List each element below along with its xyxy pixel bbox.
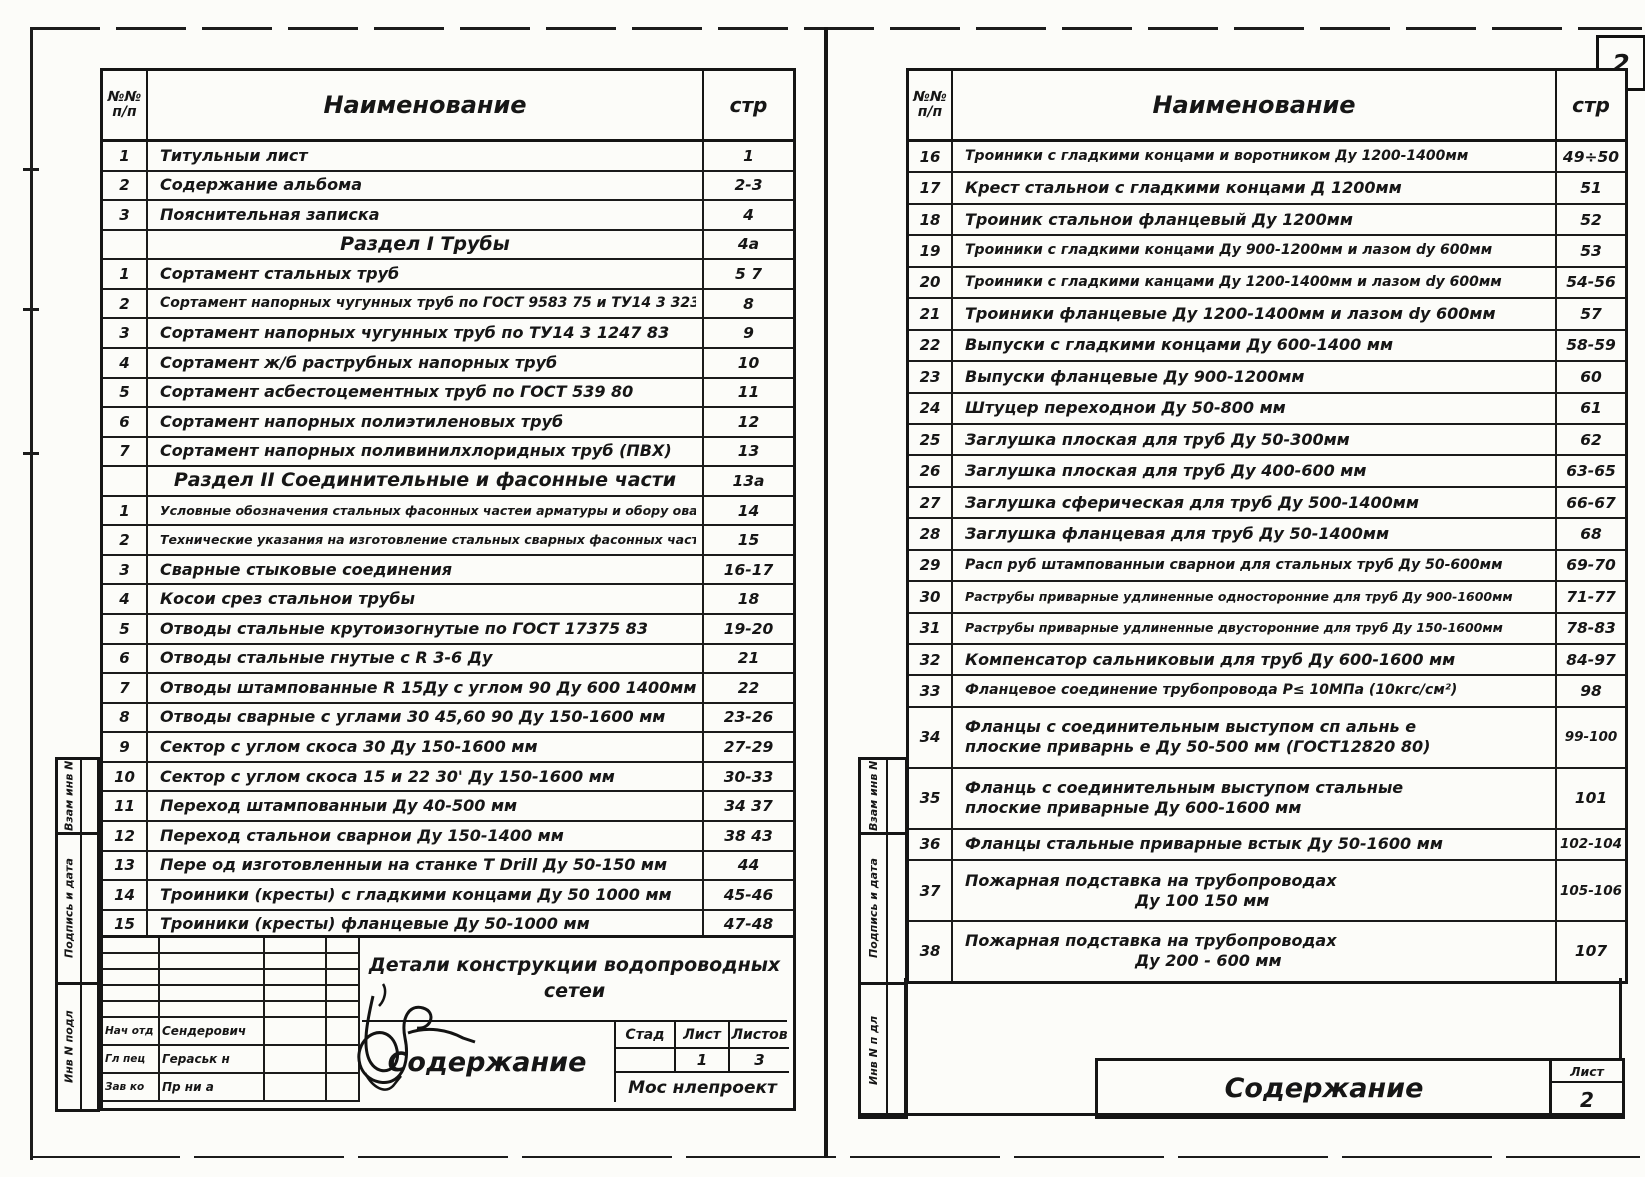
left-toc-table: №№ п/п Наименование стр 1Титульныи лист1… [100, 68, 796, 941]
stage-sheet-block: Стад Лист Листов 1 3 Мос нлепроект [614, 1022, 789, 1102]
row-number: 14 [103, 881, 148, 909]
row-name: Сектор с углом скоса 30 Ду 150-1600 мм [148, 733, 702, 761]
row-page: 14 [702, 497, 793, 525]
row-number: 9 [103, 733, 148, 761]
grid-cell [103, 954, 160, 970]
table-row: 7Сортамент напорных поливинилхлоридных т… [103, 438, 793, 468]
row-number: 11 [103, 792, 148, 820]
row-page: 8 [702, 290, 793, 318]
stamp-label: Инв N п дл [861, 985, 886, 1116]
row-page: 98 [1555, 676, 1625, 705]
row-name: Косои срез стальнои трубы [148, 585, 702, 613]
row-name-line1: Фланць с соединительным выступом стальны… [965, 778, 1549, 798]
scanned-toc-document: 2 Взам инв N Подпись и дата Инв N подл №… [0, 0, 1645, 1177]
table-row: 34Фланцы с соединительным выступом сп ал… [909, 708, 1625, 769]
row-number: 29 [909, 551, 953, 580]
header-name-col: Наименование [953, 71, 1555, 139]
grid-cell [265, 938, 327, 954]
row-name-line1: Отводы стальные крутоизогнутые по ГОСТ 1… [160, 619, 696, 639]
signer-role: Нач отд [103, 1018, 160, 1046]
row-name-line1: Раздел I Трубы [340, 233, 510, 257]
row-name: Заглушка фланцевая для труб Ду 50-1400мм [953, 519, 1555, 548]
row-name: Троиники фланцевые Ду 1200-1400мм и лазо… [953, 299, 1555, 328]
stamp-label: Взам инв N [861, 760, 886, 832]
row-name: Сортамент стальных труб [148, 260, 702, 288]
row-name-line1: Фланцевое соединение трубопровода Р≤ 10М… [965, 682, 1549, 700]
header-page-col: стр [1555, 71, 1625, 139]
table-row: 18Троиник стальнои фланцевый Ду 1200мм52 [909, 205, 1625, 236]
row-page: 10 [702, 349, 793, 377]
row-number: 31 [909, 614, 953, 643]
row-page: 27-29 [702, 733, 793, 761]
row-page: 9 [702, 319, 793, 347]
row-number: 2 [103, 290, 148, 318]
row-number: 33 [909, 676, 953, 705]
table-row: 4Сортамент ж/б раструбных напорных труб1… [103, 349, 793, 379]
right-table-header: №№ п/п Наименование стр [909, 71, 1625, 142]
row-name: Отводы штампованные R 15Ду с углом 90 Ду… [148, 674, 702, 702]
row-name: Расп руб штампованныи сварнои для стальн… [953, 551, 1555, 580]
row-number: 13 [103, 852, 148, 880]
table-row: 17Крест стальнои с гладкими концами Д 12… [909, 173, 1625, 204]
row-number: 7 [103, 674, 148, 702]
section-row: Раздел II Соединительные и фасонные част… [103, 467, 793, 497]
row-page: 45-46 [702, 881, 793, 909]
row-page: 51 [1555, 173, 1625, 202]
row-name: Пояснительная записка [148, 201, 702, 229]
stamp-label: Взам инв N [58, 760, 80, 832]
row-name: Заглушка плоская для труб Ду 50-300мм [953, 425, 1555, 454]
row-page: 61 [1555, 394, 1625, 423]
row-name-line1: Технические указания на изготовление ста… [160, 532, 696, 548]
row-number: 17 [909, 173, 953, 202]
stamp-vzam-inv-left: Взам инв N [55, 757, 100, 835]
row-number: 2 [103, 526, 148, 554]
left-table-header: №№ п/п Наименование стр [103, 71, 793, 142]
row-page: 13 [702, 438, 793, 466]
row-name: Раструбы приварные удлиненные односторон… [953, 582, 1555, 611]
margin-tick [23, 168, 39, 171]
row-name: Сортамент напорных полиэтиленовых труб [148, 408, 702, 436]
row-name-line1: Условные обозначения стальных фасонных ч… [160, 503, 696, 519]
row-name: Троиники с гладкими канцами Ду 1200-1400… [953, 268, 1555, 297]
row-name: Заглушка сферическая для труб Ду 500-140… [953, 488, 1555, 517]
sheets-value: 3 [730, 1049, 789, 1071]
row-name-line1: Пояснительная записка [160, 205, 696, 225]
row-name: Технические указания на изготовление ста… [148, 526, 702, 554]
header-num-col: №№ п/п [103, 71, 148, 139]
row-name: Троиники (кресты) с гладкими концами Ду … [148, 881, 702, 909]
row-number: 37 [909, 861, 953, 920]
sheets-label: Листов [730, 1022, 789, 1047]
row-name: Пожарная подставка на трубопроводахДу 20… [953, 922, 1555, 981]
right-sheet-bottom-line [858, 1113, 1622, 1116]
table-row: 27Заглушка сферическая для труб Ду 500-1… [909, 488, 1625, 519]
row-number: 27 [909, 488, 953, 517]
row-number: 4 [103, 585, 148, 613]
table-row: 10Сектор с углом скоса 15 и 22 30' Ду 15… [103, 763, 793, 793]
row-name-line1: Троиники (кресты) с гладкими концами Ду … [160, 885, 696, 905]
row-name: Заглушка плоская для труб Ду 400-600 мм [953, 456, 1555, 485]
right-toc-table: №№ п/п Наименование стр 16Троиники с гла… [906, 68, 1628, 984]
row-name-line1: Раструбы приварные удлиненные двусторонн… [965, 620, 1549, 636]
frame-line [904, 978, 907, 1115]
row-name-line1: Переход стальнои сварнои Ду 150-1400 мм [160, 826, 696, 846]
row-name-line1: Отводы сварные с углами 30 45,60 90 Ду 1… [160, 707, 696, 727]
row-page: 71-77 [1555, 582, 1625, 611]
row-name: Сортамент напорных чугунных труб по ГОСТ… [148, 290, 702, 318]
table-row: 23Выпуски фланцевые Ду 900-1200мм60 [909, 362, 1625, 393]
table-row: 26Заглушка плоская для труб Ду 400-600 м… [909, 456, 1625, 487]
signer-role: Гл пец [103, 1046, 160, 1074]
signer-name: Сендерович [160, 1018, 265, 1046]
stamp-inv-podl-left: Инв N подл [55, 982, 100, 1112]
row-number: 7 [103, 438, 148, 466]
table-row: 22Выпуски с гладкими концами Ду 600-1400… [909, 331, 1625, 362]
row-name: Компенсатор сальниковыи для труб Ду 600-… [953, 645, 1555, 674]
table-row: 8Отводы сварные с углами 30 45,60 90 Ду … [103, 704, 793, 734]
table-row: 35Фланць с соединительным выступом сталь… [909, 769, 1625, 830]
grid-cell [103, 1002, 160, 1018]
table-row: 38Пожарная подставка на трубопроводахДу … [909, 922, 1625, 981]
row-page: 34 37 [702, 792, 793, 820]
row-page: 23-26 [702, 704, 793, 732]
row-page: 12 [702, 408, 793, 436]
table-row: 6Сортамент напорных полиэтиленовых труб1… [103, 408, 793, 438]
album-title-line2: сетеи [544, 979, 605, 1005]
header-num-col: №№ п/п [909, 71, 953, 139]
row-name: Фланцевое соединение трубопровода Р≤ 10М… [953, 676, 1555, 705]
sheet-label: Лист [676, 1022, 730, 1047]
table-row: 20Троиники с гладкими канцами Ду 1200-14… [909, 268, 1625, 299]
row-name-line1: Пожарная подставка на трубопроводах [965, 871, 1549, 891]
table-row: 3Сварные стыковые соединения16-17 [103, 556, 793, 586]
grid-cell [160, 938, 265, 954]
table-row: 4Косои срез стальнои трубы18 [103, 585, 793, 615]
row-name-line2: Ду 200 - 600 мм [965, 951, 1549, 971]
sheet-number-box: Лист 2 [1549, 1058, 1625, 1119]
sheet-top-edge [30, 27, 1642, 30]
row-page: 1 [702, 142, 793, 170]
row-number: 3 [103, 556, 148, 584]
stage-values-row: 1 3 [616, 1049, 789, 1073]
row-page: 58-59 [1555, 331, 1625, 360]
row-name: Титульныи лист [148, 142, 702, 170]
row-number: 4 [103, 349, 148, 377]
row-page: 18 [702, 585, 793, 613]
row-name: Пере од изготовленныи на станке Т Drill … [148, 852, 702, 880]
row-page: 66-67 [1555, 488, 1625, 517]
stage-value [616, 1049, 676, 1071]
table-row: 16Троиники с гладкими концами и воротник… [909, 142, 1625, 173]
row-name-line1: Косои срез стальнои трубы [160, 589, 696, 609]
row-name-line1: Заглушка фланцевая для труб Ду 50-1400мм [965, 524, 1549, 544]
row-name: Переход штампованныи Ду 40-500 мм [148, 792, 702, 820]
row-page: 2-3 [702, 172, 793, 200]
row-page: 62 [1555, 425, 1625, 454]
signer-role: Зав ко [103, 1074, 160, 1102]
grid-cell [160, 986, 265, 1002]
grid-cell [103, 938, 160, 954]
row-name-line1: Троиники (кресты) фланцевые Ду 50-1000 м… [160, 914, 696, 934]
row-name: Выпуски фланцевые Ду 900-1200мм [953, 362, 1555, 391]
row-page: 38 43 [702, 822, 793, 850]
table-row: 11Переход штампованныи Ду 40-500 мм34 37 [103, 792, 793, 822]
row-name: Раздел I Трубы [148, 231, 702, 259]
stamp-vzam-inv-right: Взам инв N [858, 757, 908, 835]
row-name: Отводы сварные с углами 30 45,60 90 Ду 1… [148, 704, 702, 732]
row-number: 1 [103, 142, 148, 170]
grid-cell [160, 954, 265, 970]
row-number: 21 [909, 299, 953, 328]
row-page: 21 [702, 645, 793, 673]
row-number: 26 [909, 456, 953, 485]
left-table-body: 1Титульныи лист12Содержание альбома2-33П… [103, 142, 793, 938]
sheet-number-label: Лист [1552, 1061, 1622, 1083]
row-page: 84-97 [1555, 645, 1625, 674]
row-page: 63-65 [1555, 456, 1625, 485]
row-number: 6 [103, 645, 148, 673]
left-title-block: Нач отдСендеровичГл пецГераськ нЗав коПр… [100, 935, 796, 1111]
stamp-label: Подпись и дата [861, 835, 886, 982]
row-name: Сортамент асбестоцементных труб по ГОСТ … [148, 379, 702, 407]
grid-cell [327, 938, 360, 954]
row-name-line1: Сортамент напорных полиэтиленовых труб [160, 412, 696, 432]
row-page: 44 [702, 852, 793, 880]
row-number: 35 [909, 769, 953, 828]
grid-cell [160, 1002, 265, 1018]
table-row: 2Содержание альбома2-3 [103, 172, 793, 202]
sheet-value: 1 [676, 1049, 730, 1071]
table-row: 29Расп руб штампованныи сварнои для стал… [909, 551, 1625, 582]
table-row: 5Сортамент асбестоцементных труб по ГОСТ… [103, 379, 793, 409]
album-title-line1: Детали конструкции водопроводных [369, 953, 780, 979]
row-page: 78-83 [1555, 614, 1625, 643]
row-page: 11 [702, 379, 793, 407]
row-number: 3 [103, 201, 148, 229]
table-row: 13Пере од изготовленныи на станке Т Dril… [103, 852, 793, 882]
row-number: 3 [103, 319, 148, 347]
table-row: 24Штуцер переходнои Ду 50-800 мм61 [909, 394, 1625, 425]
row-name: Крест стальнои с гладкими концами Д 1200… [953, 173, 1555, 202]
row-name-line1: Сектор с углом скоса 30 Ду 150-1600 мм [160, 737, 696, 757]
section-row: Раздел I Трубы4а [103, 231, 793, 261]
right-table-body: 16Троиники с гладкими концами и воротник… [909, 142, 1625, 981]
row-name-line1: Сортамент асбестоцементных труб по ГОСТ … [160, 382, 696, 402]
row-number: 8 [103, 704, 148, 732]
row-name-line1: Раструбы приварные удлиненные односторон… [965, 589, 1549, 605]
row-number: 18 [909, 205, 953, 234]
row-number: 1 [103, 260, 148, 288]
margin-tick [23, 308, 39, 311]
row-number: 2 [103, 172, 148, 200]
row-number: 34 [909, 708, 953, 767]
table-row: 32Компенсатор сальниковыи для труб Ду 60… [909, 645, 1625, 676]
row-name: Отводы стальные крутоизогнутые по ГОСТ 1… [148, 615, 702, 643]
row-number: 12 [103, 822, 148, 850]
stage-header-row: Стад Лист Листов [616, 1022, 789, 1049]
signer-name: Пр ни а [160, 1074, 265, 1102]
row-name-line1: Штуцер переходнои Ду 50-800 мм [965, 398, 1549, 418]
table-row: 12Переход стальнои сварнои Ду 150-1400 м… [103, 822, 793, 852]
row-name: Сварные стыковые соединения [148, 556, 702, 584]
row-name-line1: Сортамент стальных труб [160, 264, 696, 284]
row-name-line1: Компенсатор сальниковыи для труб Ду 600-… [965, 650, 1549, 670]
row-page: 49÷50 [1555, 142, 1625, 171]
row-page: 4 [702, 201, 793, 229]
row-name: Раструбы приварные удлиненные двусторонн… [953, 614, 1555, 643]
row-page: 69-70 [1555, 551, 1625, 580]
row-name: Троиник стальнои фланцевый Ду 1200мм [953, 205, 1555, 234]
row-name-line1: Сортамент напорных чугунных труб по ТУ14… [160, 323, 696, 343]
row-name-line1: Заглушка плоская для труб Ду 50-300мм [965, 430, 1549, 450]
row-number: 30 [909, 582, 953, 611]
row-name: Троиники с гладкими концами и воротником… [953, 142, 1555, 171]
row-page: 60 [1555, 362, 1625, 391]
margin-tick [23, 452, 39, 455]
row-name-line1: Выпуски с гладкими концами Ду 600-1400 м… [965, 335, 1549, 355]
row-number: 36 [909, 830, 953, 859]
row-name-line1: Сортамент ж/б раструбных напорных труб [160, 353, 696, 373]
row-page: 22 [702, 674, 793, 702]
row-page: 101 [1555, 769, 1625, 828]
row-name-line1: Пере од изготовленныи на станке Т Drill … [160, 855, 696, 875]
table-row: 1Титульныи лист1 [103, 142, 793, 172]
row-page: 16-17 [702, 556, 793, 584]
row-name: Сектор с углом скоса 15 и 22 30' Ду 150-… [148, 763, 702, 791]
row-name-line1: Троиники с гладкими концами Ду 900-1200м… [965, 242, 1549, 260]
row-name-line1: Отводы стальные гнутые с R 3-6 Ду [160, 648, 696, 668]
stamp-podpis-left: Подпись и дата [55, 832, 100, 985]
table-row: 6Отводы стальные гнутые с R 3-6 Ду21 [103, 645, 793, 675]
table-row: 3Пояснительная записка4 [103, 201, 793, 231]
signer-name: Гераськ н [160, 1046, 265, 1074]
row-name-line1: Фланцы с соединительным выступом сп альн… [965, 717, 1549, 737]
header-num-line1: №№ [108, 90, 142, 105]
row-name-line1: Титульныи лист [160, 146, 696, 166]
table-row: 36Фланцы стальные приварные встык Ду 50-… [909, 830, 1625, 861]
row-page: 57 [1555, 299, 1625, 328]
row-name: Содержание альбома [148, 172, 702, 200]
row-page: 107 [1555, 922, 1625, 981]
row-page: 5 7 [702, 260, 793, 288]
row-name: Раздел II Соединительные и фасонные част… [148, 467, 702, 495]
row-number: 20 [909, 268, 953, 297]
grid-cell [327, 954, 360, 970]
row-number [103, 231, 148, 259]
row-number [103, 467, 148, 495]
signature-scribble [313, 978, 503, 1100]
row-name: Фланцы с соединительным выступом сп альн… [953, 708, 1555, 767]
table-row: 25Заглушка плоская для труб Ду 50-300мм6… [909, 425, 1625, 456]
header-name-col: Наименование [148, 71, 702, 139]
stamp-divider [886, 835, 888, 982]
table-row: 2Сортамент напорных чугунных труб по ГОС… [103, 290, 793, 320]
row-name-line1: Сортамент напорных поливинилхлоридных тр… [160, 441, 696, 461]
row-name: Сортамент напорных чугунных труб по ТУ14… [148, 319, 702, 347]
row-name-line1: Расп руб штампованныи сварнои для стальн… [965, 557, 1549, 575]
header-num-line2: п/п [112, 105, 136, 120]
organization-name: Мос нлепроект [616, 1073, 789, 1102]
stamp-label: Подпись и дата [58, 835, 80, 982]
row-name: Штуцер переходнои Ду 50-800 мм [953, 394, 1555, 423]
stage-label: Стад [616, 1022, 676, 1047]
row-name-line1: Троиники с гладкими канцами Ду 1200-1400… [965, 274, 1549, 292]
sheet-bottom-edge [30, 1156, 1640, 1158]
row-name-line1: Сортамент напорных чугунных труб по ГОСТ… [160, 295, 696, 313]
row-page: 13а [702, 467, 793, 495]
row-number: 22 [909, 331, 953, 360]
row-number: 28 [909, 519, 953, 548]
row-name: Условные обозначения стальных фасонных ч… [148, 497, 702, 525]
doc-title-right: Содержание [1095, 1058, 1553, 1119]
row-number: 16 [909, 142, 953, 171]
row-page: 19-20 [702, 615, 793, 643]
row-number: 1 [103, 497, 148, 525]
sheet-number-value: 2 [1552, 1083, 1622, 1116]
stamp-divider [80, 985, 82, 1109]
stamp-inv-podl-right: Инв N п дл [858, 982, 908, 1119]
table-row: 31Раструбы приварные удлиненные двусторо… [909, 614, 1625, 645]
row-name-line2: Ду 100 150 мм [965, 891, 1549, 911]
row-name-line1: Содержание альбома [160, 175, 696, 195]
row-name: Троиники с гладкими концами Ду 900-1200м… [953, 236, 1555, 265]
grid-cell [103, 970, 160, 986]
stamp-label: Инв N подл [58, 985, 80, 1109]
row-number: 5 [103, 615, 148, 643]
row-number: 10 [103, 763, 148, 791]
table-row: 33Фланцевое соединение трубопровода Р≤ 1… [909, 676, 1625, 707]
row-page: 54-56 [1555, 268, 1625, 297]
table-row: 3Сортамент напорных чугунных труб по ТУ1… [103, 319, 793, 349]
row-name: Переход стальнои сварнои Ду 150-1400 мм [148, 822, 702, 850]
row-name: Сортамент напорных поливинилхлоридных тр… [148, 438, 702, 466]
row-name: Фланць с соединительным выступом стальны… [953, 769, 1555, 828]
table-row: 9Сектор с углом скоса 30 Ду 150-1600 мм2… [103, 733, 793, 763]
header-num-line2: п/п [918, 105, 942, 120]
row-name-line2: плоские приварнь е Ду 50-500 мм (ГОСТ128… [965, 737, 1549, 757]
row-number: 19 [909, 236, 953, 265]
stamp-podpis-right: Подпись и дата [858, 832, 908, 985]
row-name-line1: Фланцы стальные приварные встык Ду 50-16… [965, 834, 1549, 854]
table-row: 30Раструбы приварные удлиненные одностор… [909, 582, 1625, 613]
row-name-line1: Отводы штампованные R 15Ду с углом 90 Ду… [160, 678, 696, 698]
row-page: 102-104 [1555, 830, 1625, 859]
row-page: 30-33 [702, 763, 793, 791]
table-row: 5Отводы стальные крутоизогнутые по ГОСТ … [103, 615, 793, 645]
row-name-line1: Троиники фланцевые Ду 1200-1400мм и лазо… [965, 304, 1549, 324]
row-page: 15 [702, 526, 793, 554]
grid-cell [103, 986, 160, 1002]
row-name-line1: Пожарная подставка на трубопроводах [965, 931, 1549, 951]
row-name-line1: Крест стальнои с гладкими концами Д 1200… [965, 178, 1549, 198]
stamp-divider [80, 835, 82, 982]
row-name: Выпуски с гладкими концами Ду 600-1400 м… [953, 331, 1555, 360]
grid-cell [265, 954, 327, 970]
row-name-line1: Переход штампованныи Ду 40-500 мм [160, 796, 696, 816]
row-number: 6 [103, 408, 148, 436]
row-page: 68 [1555, 519, 1625, 548]
sheet-left-edge [30, 27, 33, 1160]
row-name-line1: Заглушка плоская для труб Ду 400-600 мм [965, 461, 1549, 481]
table-row: 7Отводы штампованные R 15Ду с углом 90 Д… [103, 674, 793, 704]
row-name-line1: Троиники с гладкими концами и воротником… [965, 148, 1549, 166]
row-name-line1: Раздел II Соединительные и фасонные част… [174, 469, 676, 493]
table-row: 1Сортамент стальных труб5 7 [103, 260, 793, 290]
row-number: 38 [909, 922, 953, 981]
stamp-divider [886, 760, 888, 832]
row-page: 105-106 [1555, 861, 1625, 920]
